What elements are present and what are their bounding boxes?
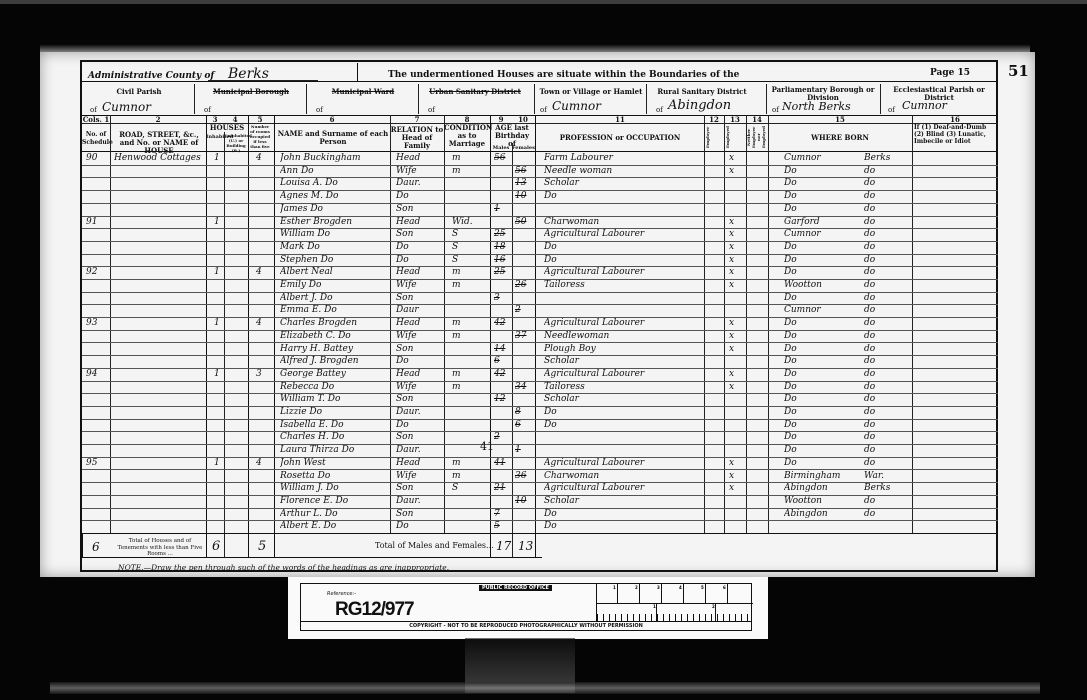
cell-born-place: Do xyxy=(784,241,856,254)
total-houses: 6 xyxy=(212,539,220,554)
cell-born-place: Do xyxy=(784,457,856,470)
cell-rooms xyxy=(256,241,272,254)
cell-born-county: do xyxy=(864,190,910,203)
reference-code: RG12/977 xyxy=(335,599,414,621)
cell-schedule xyxy=(86,203,108,216)
of-prefix: of xyxy=(888,106,895,114)
cell-born-place: Do xyxy=(784,266,856,279)
cell-schedule xyxy=(86,431,108,444)
cell-occupation: Scholar xyxy=(544,177,702,190)
cell-rooms: 4 xyxy=(256,457,272,470)
cell-inhab xyxy=(214,241,224,254)
cell-occupation: Do xyxy=(544,520,702,533)
of-prefix: of xyxy=(656,106,663,114)
cell-male-age xyxy=(494,304,512,317)
ruler-label: 4 xyxy=(679,585,682,590)
cell-address xyxy=(114,330,206,343)
divider xyxy=(194,84,195,114)
cell-relation: Son xyxy=(396,228,442,241)
cell-condition xyxy=(452,406,488,419)
cell-condition xyxy=(452,203,488,216)
col-line xyxy=(274,115,275,557)
cell-occupation xyxy=(544,304,702,317)
cell-rooms xyxy=(256,355,272,368)
cell-address xyxy=(114,228,206,241)
cell-rooms xyxy=(256,406,272,419)
of-prefix: of xyxy=(428,106,435,114)
cell-schedule xyxy=(86,279,108,292)
cell-female-age xyxy=(515,482,533,495)
cell-employed xyxy=(729,444,743,457)
col-num: 5 xyxy=(248,116,272,124)
divider xyxy=(766,84,767,114)
cell-schedule xyxy=(86,228,108,241)
cell-rooms xyxy=(256,393,272,406)
col-heading-males: Males xyxy=(490,144,512,152)
cell-rooms xyxy=(256,520,272,533)
col-num: Cols. 1 xyxy=(82,116,110,124)
cell-rooms xyxy=(256,304,272,317)
cell-name: Laura Thirza Do xyxy=(280,444,390,457)
cell-name: John Buckingham xyxy=(280,152,390,165)
col-num: 14 xyxy=(746,116,768,124)
cell-schedule xyxy=(86,330,108,343)
cell-male-age xyxy=(494,190,512,203)
cell-schedule: 90 xyxy=(86,152,108,165)
cell-employed xyxy=(729,406,743,419)
cell-inhab xyxy=(214,279,224,292)
cell-relation: Son xyxy=(396,482,442,495)
col-heading-inhabited: Inhabited xyxy=(206,134,224,140)
cell-born-place: Cumnor xyxy=(784,304,856,317)
cell-born-place: Abingdon xyxy=(784,482,856,495)
cell-born-county: do xyxy=(864,279,910,292)
cell-rooms: 3 xyxy=(256,368,272,381)
col-num: 11 xyxy=(536,116,704,124)
cell-relation: Daur. xyxy=(396,177,442,190)
cell-address xyxy=(114,317,206,330)
cell-name: Charles Brogden xyxy=(280,317,390,330)
cell-born-place: Do xyxy=(784,190,856,203)
cell-condition: m xyxy=(452,266,488,279)
cell-condition: m xyxy=(452,368,488,381)
col-heading-rooms: Number of rooms occupied if less than fi… xyxy=(248,124,272,149)
cell-rooms xyxy=(256,330,272,343)
cell-born-place: Do xyxy=(784,444,856,457)
cell-born-county: do xyxy=(864,203,910,216)
cell-relation: Head xyxy=(396,368,442,381)
cell-employed xyxy=(729,190,743,203)
cell-address xyxy=(114,368,206,381)
cell-relation: Head xyxy=(396,317,442,330)
cell-occupation xyxy=(544,444,702,457)
cell-rooms xyxy=(256,279,272,292)
cell-relation: Daur. xyxy=(396,495,442,508)
cell-inhab: 1 xyxy=(214,317,224,330)
scan-noise xyxy=(0,0,1087,4)
col-heading-schedule: No. of Schedule xyxy=(82,131,110,147)
cell-condition: S xyxy=(452,482,488,495)
cell-condition: S xyxy=(452,241,488,254)
cell-female-age xyxy=(515,431,533,444)
cell-female-age: 13 xyxy=(515,177,533,190)
cell-employed xyxy=(729,431,743,444)
cell-female-age xyxy=(515,241,533,254)
cell-employed: x xyxy=(729,152,743,165)
ruler-label: 2 xyxy=(635,585,638,590)
margin-annotation: 41 xyxy=(480,440,494,453)
cell-born-county: do xyxy=(864,228,910,241)
cell-born-place: Do xyxy=(784,368,856,381)
ruler-divider xyxy=(597,603,753,604)
cell-address xyxy=(114,266,206,279)
cell-inhab: 1 xyxy=(214,457,224,470)
cell-male-age: 25 xyxy=(494,266,512,279)
cell-occupation xyxy=(544,203,702,216)
cell-relation: Wife xyxy=(396,279,442,292)
cell-address: Henwood Cottages xyxy=(114,152,206,165)
ruler-ticks xyxy=(597,614,753,621)
cell-relation: Do xyxy=(396,241,442,254)
cell-female-age: 10 xyxy=(515,190,533,203)
col-heading-females: Females xyxy=(512,144,534,152)
cell-born-place: Wootton xyxy=(784,495,856,508)
cell-born-county: Berks xyxy=(864,152,910,165)
cell-relation: Son xyxy=(396,203,442,216)
col-num: 15 xyxy=(768,116,912,124)
municipal-borough-label: Municipal Borough xyxy=(196,88,306,96)
cell-male-age xyxy=(494,177,512,190)
divider xyxy=(306,84,307,114)
cell-relation: Head xyxy=(396,152,442,165)
divider xyxy=(880,84,881,114)
cell-inhab xyxy=(214,355,224,368)
cell-schedule xyxy=(86,482,108,495)
cell-name: William T. Do xyxy=(280,393,390,406)
divider xyxy=(646,84,647,114)
cell-born-place: Do xyxy=(784,393,856,406)
cell-schedule xyxy=(86,520,108,533)
admin-county-label: Administrative County of xyxy=(88,71,214,81)
cell-born-county: do xyxy=(864,317,910,330)
cell-relation: Daur xyxy=(396,304,442,317)
cell-relation: Do xyxy=(396,355,442,368)
cell-born-county: do xyxy=(864,368,910,381)
cell-employed xyxy=(729,495,743,508)
cell-born-place: Do xyxy=(784,203,856,216)
cell-relation: Head xyxy=(396,266,442,279)
cell-inhab xyxy=(214,444,224,457)
cell-employed xyxy=(729,304,743,317)
ruler-label: 3 xyxy=(657,585,660,590)
cell-occupation: Scholar xyxy=(544,393,702,406)
cell-employed: x xyxy=(729,330,743,343)
col-line xyxy=(535,115,536,557)
cell-address xyxy=(114,482,206,495)
cell-employed: x xyxy=(729,317,743,330)
cell-condition: m xyxy=(452,330,488,343)
cell-address xyxy=(114,241,206,254)
divider xyxy=(82,533,998,534)
cell-male-age xyxy=(494,406,512,419)
cell-rooms xyxy=(256,482,272,495)
cell-address xyxy=(114,355,206,368)
cell-male-age: 18 xyxy=(494,241,512,254)
cell-employed: x xyxy=(729,279,743,292)
cell-name: Mark Do xyxy=(280,241,390,254)
cell-female-age: 2 xyxy=(515,304,533,317)
copyright-notice: COPYRIGHT - NOT TO BE REPRODUCED PHOTOGR… xyxy=(301,621,751,629)
total-rooms: 5 xyxy=(258,539,266,554)
cell-occupation: Farm Labourer xyxy=(544,152,702,165)
cell-condition: m xyxy=(452,317,488,330)
cell-relation: Do xyxy=(396,190,442,203)
cell-female-age xyxy=(515,520,533,533)
cell-female-age xyxy=(515,368,533,381)
cell-born-county: do xyxy=(864,177,910,190)
cell-born-place: Cumnor xyxy=(784,228,856,241)
cell-condition: m xyxy=(452,152,488,165)
cell-employed xyxy=(729,520,743,533)
cell-rooms xyxy=(256,444,272,457)
divider xyxy=(357,63,358,81)
of-prefix: of xyxy=(90,106,97,114)
cell-name: John West xyxy=(280,457,390,470)
town-village-label: Town or Village or Hamlet xyxy=(536,88,646,96)
cell-name: Albert E. Do xyxy=(280,520,390,533)
cell-inhab xyxy=(214,406,224,419)
scale-ruler: 1 2 3 4 5 6 1 2 xyxy=(596,584,753,622)
divider xyxy=(418,84,419,114)
col-num: 2 xyxy=(110,116,206,124)
cell-relation: Head xyxy=(396,457,442,470)
cell-relation: Do xyxy=(396,520,442,533)
cell-occupation: Agricultural Labourer xyxy=(544,482,702,495)
cell-condition: S xyxy=(452,228,488,241)
cell-occupation: Agricultural Labourer xyxy=(544,266,702,279)
total-houses-label: Total of Houses and of Tenements with le… xyxy=(116,538,204,558)
cell-male-age xyxy=(494,330,512,343)
cell-employed xyxy=(729,393,743,406)
cell-occupation: Tailoress xyxy=(544,279,702,292)
cell-name: James Do xyxy=(280,203,390,216)
header-notice: The undermentioned Houses are situate wi… xyxy=(388,70,739,80)
cell-schedule xyxy=(86,190,108,203)
cell-inhab xyxy=(214,431,224,444)
cell-address xyxy=(114,431,206,444)
total-persons-label: Total of Males and Females... xyxy=(375,541,494,550)
rural-sanitary-value: Abingdon xyxy=(668,98,731,113)
cell-male-age: 1 xyxy=(494,203,512,216)
cell-born-place: Do xyxy=(784,355,856,368)
col-heading-neither: Neither Employer nor Employed xyxy=(746,124,768,150)
col-heading-where-born: WHERE BORN xyxy=(768,134,912,142)
col-heading-condition: CONDITION as to Marriage xyxy=(444,124,490,148)
col-heading-infirmity: If (1) Deaf-and-Dumb (2) Blind (3) Lunat… xyxy=(914,124,998,145)
cell-name: Charles H. Do xyxy=(280,431,390,444)
cell-rooms xyxy=(256,203,272,216)
cell-condition xyxy=(452,177,488,190)
cell-name: Elizabeth C. Do xyxy=(280,330,390,343)
total-females: 13 xyxy=(518,539,533,553)
cell-born-place: Do xyxy=(784,431,856,444)
town-village-value: Cumnor xyxy=(552,99,601,113)
col-num: 6 xyxy=(274,116,390,124)
cell-occupation: Do xyxy=(544,190,702,203)
cell-born-county: do xyxy=(864,393,910,406)
cell-condition: m xyxy=(452,279,488,292)
cell-name: Agnes M. Do xyxy=(280,190,390,203)
cell-name: Louisa A. Do xyxy=(280,177,390,190)
cell-female-age: 1 xyxy=(515,444,533,457)
cell-relation: Wife xyxy=(396,330,442,343)
cell-male-age: 12 xyxy=(494,393,512,406)
record-office-label: PUBLIC RECORD OFFICE xyxy=(479,585,552,591)
cell-employed xyxy=(729,177,743,190)
cell-condition: m xyxy=(452,457,488,470)
cell-condition xyxy=(452,520,488,533)
cell-schedule xyxy=(86,393,108,406)
cell-employed: x xyxy=(729,266,743,279)
cell-male-age xyxy=(494,444,512,457)
cell-schedule: 95 xyxy=(86,457,108,470)
cell-inhab xyxy=(214,190,224,203)
ruler-label: 1 xyxy=(613,585,616,590)
of-prefix: of xyxy=(772,106,779,114)
cell-female-age xyxy=(515,203,533,216)
cell-born-place: Do xyxy=(784,406,856,419)
cell-occupation: Agricultural Labourer xyxy=(544,317,702,330)
cell-born-place: Do xyxy=(784,317,856,330)
cell-inhab xyxy=(214,228,224,241)
cell-female-age xyxy=(515,266,533,279)
cell-address xyxy=(114,177,206,190)
cell-employed: x xyxy=(729,368,743,381)
cell-schedule xyxy=(86,444,108,457)
cell-address xyxy=(114,520,206,533)
cell-rooms: 4 xyxy=(256,317,272,330)
page-label: Page 15 xyxy=(930,68,970,78)
cell-inhab xyxy=(214,304,224,317)
cell-inhab xyxy=(214,520,224,533)
civil-parish-label: Civil Parish xyxy=(84,88,194,96)
cell-address xyxy=(114,190,206,203)
cell-employed xyxy=(729,203,743,216)
divider xyxy=(82,557,542,558)
cell-born-county: do xyxy=(864,330,910,343)
col-heading-houses: HOUSES xyxy=(206,124,248,132)
ecclesiastical-value: Cumnor xyxy=(902,99,947,112)
cell-male-age: 42 xyxy=(494,368,512,381)
cell-address xyxy=(114,304,206,317)
col-heading-name: NAME and Surname of each Person xyxy=(276,130,390,146)
cell-male-age: 41 xyxy=(494,457,512,470)
cell-male-age xyxy=(494,279,512,292)
cell-born-place: Do xyxy=(784,177,856,190)
cell-schedule xyxy=(86,241,108,254)
cell-name: Emily Do xyxy=(280,279,390,292)
cell-occupation: Agricultural Labourer xyxy=(544,457,702,470)
cell-relation: Son xyxy=(396,431,442,444)
cell-schedule xyxy=(86,355,108,368)
cell-female-age xyxy=(515,393,533,406)
col-line xyxy=(206,115,207,557)
cell-female-age xyxy=(515,152,533,165)
cell-female-age: 37 xyxy=(515,330,533,343)
footnote: NOTE.—Draw the pen through such of the w… xyxy=(118,563,449,572)
col-line xyxy=(224,132,225,557)
cell-schedule xyxy=(86,495,108,508)
cell-employed: x xyxy=(729,241,743,254)
cell-occupation: Agricultural Labourer xyxy=(544,368,702,381)
cell-schedule xyxy=(86,406,108,419)
cell-relation: Daur. xyxy=(396,444,442,457)
cell-address xyxy=(114,203,206,216)
col-heading-employer: Employer xyxy=(704,126,724,148)
cell-female-age: 26 xyxy=(515,279,533,292)
cell-female-age: 10 xyxy=(515,495,533,508)
cell-condition xyxy=(452,495,488,508)
cell-schedule xyxy=(86,304,108,317)
cell-female-age xyxy=(515,457,533,470)
cell-occupation: Agricultural Labourer xyxy=(544,228,702,241)
cell-occupation xyxy=(544,431,702,444)
cell-born-county: do xyxy=(864,355,910,368)
cell-male-age: 6 xyxy=(494,355,512,368)
cell-employed xyxy=(729,355,743,368)
of-prefix: of xyxy=(540,106,547,114)
reference-card: PUBLIC RECORD OFFICE Reference:- RG12/97… xyxy=(288,577,768,639)
cell-male-age: 56 xyxy=(494,152,512,165)
cell-condition xyxy=(452,393,488,406)
col-num: 13 xyxy=(724,116,746,124)
cell-schedule: 93 xyxy=(86,317,108,330)
reference-label: Reference:- xyxy=(327,591,356,597)
divider xyxy=(82,81,998,82)
cell-rooms xyxy=(256,190,272,203)
cell-rooms xyxy=(256,495,272,508)
cell-name: William J. Do xyxy=(280,482,390,495)
cell-name: Alfred J. Brogden xyxy=(280,355,390,368)
cell-address xyxy=(114,495,206,508)
cell-inhab: 1 xyxy=(214,266,224,279)
cell-condition xyxy=(452,304,488,317)
cell-name: George Battey xyxy=(280,368,390,381)
cell-inhab: 1 xyxy=(214,152,224,165)
ruler-label: 6 xyxy=(723,585,726,590)
cell-rooms xyxy=(256,177,272,190)
cell-address xyxy=(114,406,206,419)
cell-condition xyxy=(452,190,488,203)
divider xyxy=(534,84,535,114)
cell-address xyxy=(114,457,206,470)
cell-employed: x xyxy=(729,228,743,241)
col-heading-occupation: PROFESSION or OCCUPATION xyxy=(536,134,704,142)
cell-male-age: 21 xyxy=(494,482,512,495)
col-heading-relation: RELATION to Head of Family xyxy=(390,126,444,150)
cell-born-county: do xyxy=(864,457,910,470)
ruler-label: 5 xyxy=(701,585,704,590)
cell-inhab xyxy=(214,330,224,343)
cell-occupation: Needlewoman xyxy=(544,330,702,343)
cell-born-county: do xyxy=(864,266,910,279)
total-males: 17 xyxy=(496,539,511,553)
cell-female-age xyxy=(515,228,533,241)
total-schedules: 6 xyxy=(92,540,100,554)
cell-condition xyxy=(452,355,488,368)
cell-rooms xyxy=(256,431,272,444)
cell-schedule xyxy=(86,177,108,190)
